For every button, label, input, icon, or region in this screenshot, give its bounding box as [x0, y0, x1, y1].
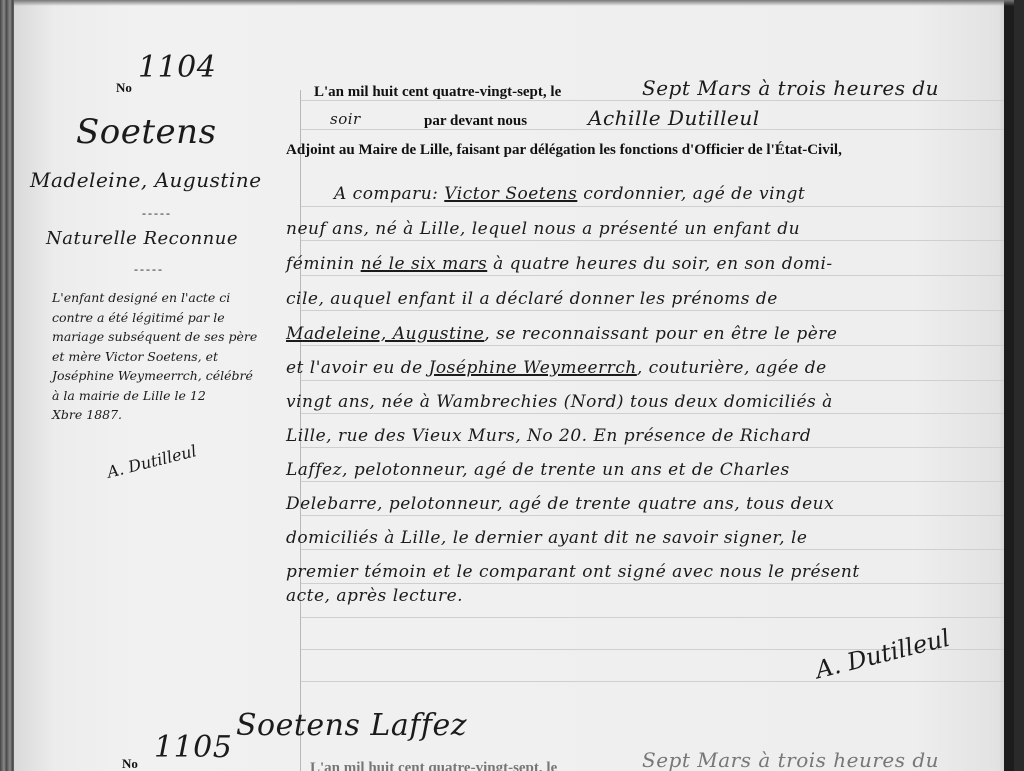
- annotation-line: Joséphine Weymeerrch, célébré: [52, 366, 284, 386]
- ruled-line: [301, 413, 1014, 414]
- ruled-line: [301, 447, 1014, 448]
- header-line-1-print: L'an mil huit cent quatre-vingt-sept, le: [314, 84, 561, 101]
- ruled-line: [301, 549, 1014, 550]
- header-line-1-hand: Sept Mars à trois heures du: [642, 748, 939, 771]
- register-page: No 1104 Soetens Madeleine, Augustine ---…: [14, 0, 1014, 771]
- ruled-line: [301, 240, 1014, 241]
- header-line-1-hand: Sept Mars à trois heures du: [642, 76, 939, 100]
- ruled-line: [301, 310, 1014, 311]
- ruled-line: [301, 275, 1014, 276]
- officer-name: Achille Dutilleul: [588, 106, 760, 130]
- body-line: Laffez, pelotonneur, agé de trente un an…: [286, 460, 790, 480]
- header-line-3-print: Adjoint au Maire de Lille, faisant par d…: [286, 142, 842, 159]
- body-line: Lille, rue des Vieux Murs, No 20. En pré…: [286, 426, 811, 446]
- body-line: A comparu: Victor Soetens cordonnier, ag…: [334, 184, 805, 204]
- annotation-line: contre a été légitimé par le: [52, 308, 284, 328]
- legitimation-annotation: L'enfant designé en l'acte ci contre a é…: [52, 288, 284, 425]
- ruled-line: [301, 380, 1014, 381]
- header-line-1-print: L'an mil huit cent quatre-vingt-sept, le: [310, 760, 557, 771]
- body-line: domiciliés à Lille, le dernier ayant dit…: [286, 528, 807, 548]
- ruled-line: [301, 681, 1014, 682]
- body-line: acte, après lecture.: [286, 586, 463, 606]
- annotation-signature: A. Dutilleul: [105, 441, 198, 482]
- record-number: 1104: [138, 50, 216, 85]
- header-line-2-print: par devant nous: [424, 113, 527, 130]
- surname: Soetens: [76, 112, 217, 152]
- body-line: vingt ans, née à Wambrechies (Nord) tous…: [286, 392, 833, 412]
- record-number: 1105: [154, 730, 232, 765]
- ruled-line: [301, 345, 1014, 346]
- status-label: Naturelle Reconnue: [46, 228, 238, 249]
- top-edge-shadow: [14, 0, 1014, 6]
- body-line: premier témoin et le comparant ont signé…: [286, 562, 860, 582]
- names: Soetens Laffez: [236, 708, 467, 743]
- annotation-line: à la mairie de Lille le 12: [52, 386, 284, 406]
- ruled-line: [301, 617, 1014, 618]
- ruled-line: [301, 481, 1014, 482]
- body-line: féminin né le six mars à quatre heures d…: [286, 254, 833, 274]
- officer-signature: A. Dutilleul: [813, 624, 953, 684]
- body-line: cile, auquel enfant il a déclaré donner …: [286, 289, 778, 309]
- body-line: neuf ans, né à Lille, lequel nous a prés…: [286, 219, 800, 239]
- given-names: Madeleine, Augustine: [30, 168, 262, 192]
- annotation-line: L'enfant designé en l'acte ci: [52, 288, 284, 308]
- annotation-line: Xbre 1887.: [52, 405, 284, 425]
- annotation-line: et mère Victor Soetens, et: [52, 347, 284, 367]
- book-binding: [0, 0, 14, 771]
- separator: -----: [142, 206, 172, 221]
- ruled-line: [301, 583, 1014, 584]
- body-line: Madeleine, Augustine, se reconnaissant p…: [286, 324, 838, 344]
- number-label: No: [122, 756, 138, 771]
- body-line: et l'avoir eu de Joséphine Weymeerrch, c…: [286, 358, 827, 378]
- ruled-line: [301, 206, 1014, 207]
- number-label: No: [116, 80, 132, 96]
- header-line-2-hand-a: soir: [330, 110, 361, 128]
- ruled-line: [301, 515, 1014, 516]
- annotation-line: mariage subséquent de ses père: [52, 327, 284, 347]
- page-edge-shadow: [1004, 0, 1014, 771]
- separator: -----: [134, 262, 164, 277]
- body-line: Delebarre, pelotonneur, agé de trente qu…: [286, 494, 834, 514]
